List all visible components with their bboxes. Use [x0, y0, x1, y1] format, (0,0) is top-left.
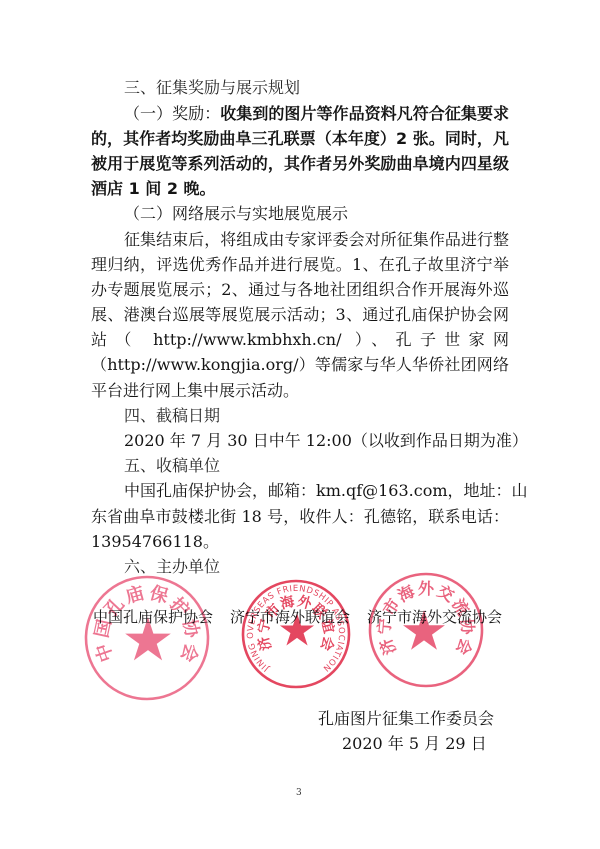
- exhibition-line: 展、港澳台巡展等展览展示活动；3、通过孔庙保护协会网: [91, 302, 509, 327]
- exhibition-line: 平台进行网上集中展示活动。: [91, 378, 509, 403]
- seal-jining-overseas-friendship-association: JINING OVERSEAS FRIENDSHIP ASSOCIATION 济…: [243, 581, 349, 687]
- seal-jining-overseas-exchange-association: 济宁市海外交流协会: [370, 574, 482, 686]
- award-label: （一）奖励：: [124, 104, 220, 123]
- organizer-name: 中国孔庙保护协会: [93, 605, 213, 629]
- seal-ring: [243, 581, 349, 687]
- seal-confucius-temple-protection-association: 中国孔庙保护协会: [86, 577, 208, 699]
- section-heading-organizers: 六、主办单位: [91, 554, 509, 579]
- organizer-name: 济宁市海外联谊会: [230, 605, 350, 629]
- section-heading-deadline: 四、截稿日期: [91, 403, 509, 428]
- page-number: 3: [296, 786, 302, 800]
- award-line: 酒店 1 间 2 晚。: [91, 176, 509, 201]
- signature-committee: 孔庙图片征集工作委员会: [318, 706, 494, 731]
- document-body: 三、征集奖励与展示规划 （一）奖励：收集到的图片等作品资料凡符合征集要求 的，其…: [91, 75, 509, 579]
- exhibition-line: 征集结束后，将组成由专家评委会对所征集作品进行整: [91, 227, 509, 252]
- recipient-line: 东省曲阜市鼓楼北街 18 号，收件人：孔德铭，联系电话：: [91, 504, 509, 529]
- award-text: 收集到的图片等作品资料凡符合征集要求: [220, 104, 509, 123]
- organizer-name: 济宁市海外交流协会: [367, 605, 502, 629]
- award-line: 的，其作者均奖励曲阜三孔联票（本年度）2 张。同时，凡: [91, 126, 509, 151]
- signature-date: 2020 年 5 月 29 日: [342, 731, 487, 756]
- deadline-text: 2020 年 7 月 30 日中午 12:00（以收到作品日期为准）: [91, 428, 509, 453]
- exhibition-line-website-url: （http://www.kongjia.org/）等儒家与华人华侨社团网络: [91, 352, 509, 377]
- recipient-line: 中国孔庙保护协会，邮箱：km.qf@163.com，地址：山: [91, 478, 509, 503]
- seal-ring: [86, 577, 208, 699]
- recipient-line-phone: 13954766118。: [91, 529, 509, 554]
- subheading-exhibition: （二）网络展示与实地展览展示: [91, 201, 509, 226]
- exhibition-line: 理归纳，评选优秀作品并进行展览。1、在孔子故里济宁举: [91, 252, 509, 277]
- award-line: 被用于展览等系列活动的，其作者另外奖励曲阜境内四星级: [91, 151, 509, 176]
- seal-ring: [370, 574, 482, 686]
- organizer-list: 中国孔庙保护协会 济宁市海外联谊会 济宁市海外交流协会: [0, 605, 600, 629]
- award-line: （一）奖励：收集到的图片等作品资料凡符合征集要求: [91, 101, 509, 126]
- section-heading-awards: 三、征集奖励与展示规划: [91, 75, 509, 100]
- section-heading-recipient: 五、收稿单位: [91, 453, 509, 478]
- exhibition-line: 办专题展览展示；2、通过与各地社团组织合作开展海外巡: [91, 277, 509, 302]
- document-page: 三、征集奖励与展示规划 （一）奖励：收集到的图片等作品资料凡符合征集要求 的，其…: [0, 0, 600, 849]
- exhibition-line-website-url: 站（ http://www.kmbhxh.cn/ ）、孔子世家网: [91, 327, 509, 352]
